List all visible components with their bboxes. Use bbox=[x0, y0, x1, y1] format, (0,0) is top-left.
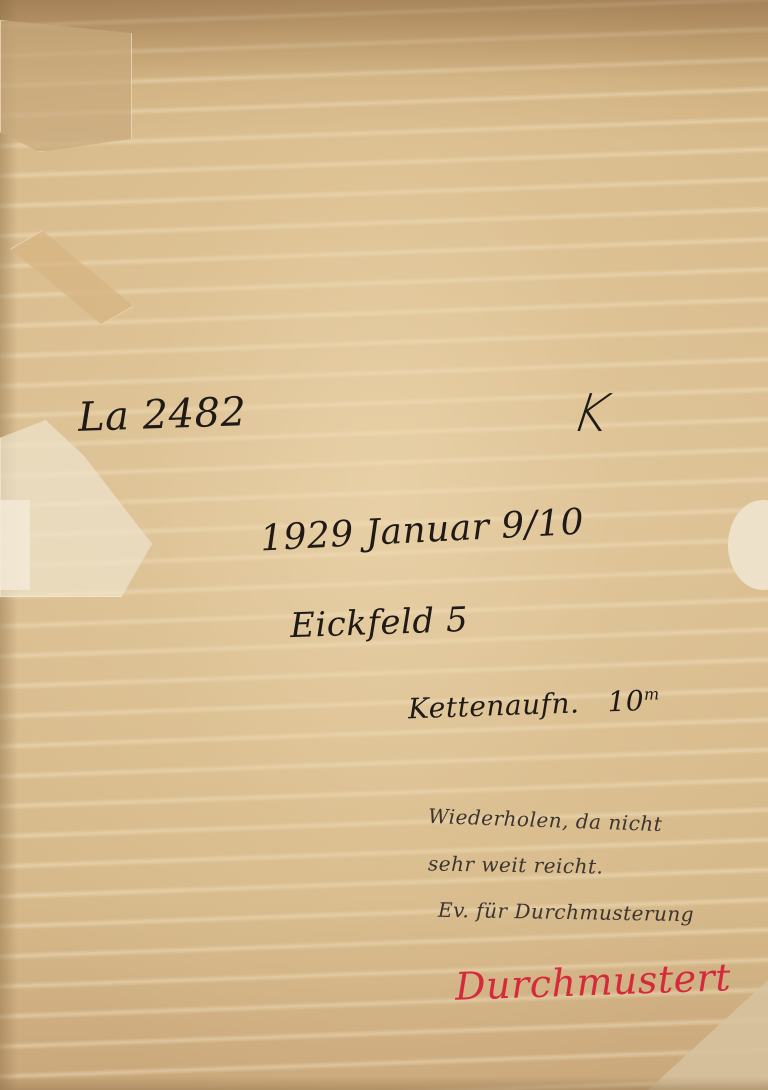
bottom-edge-shadow bbox=[0, 1076, 768, 1090]
exposure-unit: m bbox=[644, 684, 660, 704]
torn-flap-top-left bbox=[0, 20, 132, 152]
note-line: Ev. für Durchmusterung bbox=[438, 898, 694, 926]
exposure-value: 10 bbox=[607, 684, 645, 718]
observation-site: Eickfeld 5 bbox=[289, 600, 468, 646]
exposure-label: Kettenaufn. bbox=[408, 686, 580, 725]
note-line: sehr weit reicht. bbox=[428, 851, 604, 878]
catalog-number: La 2482 bbox=[77, 389, 247, 441]
